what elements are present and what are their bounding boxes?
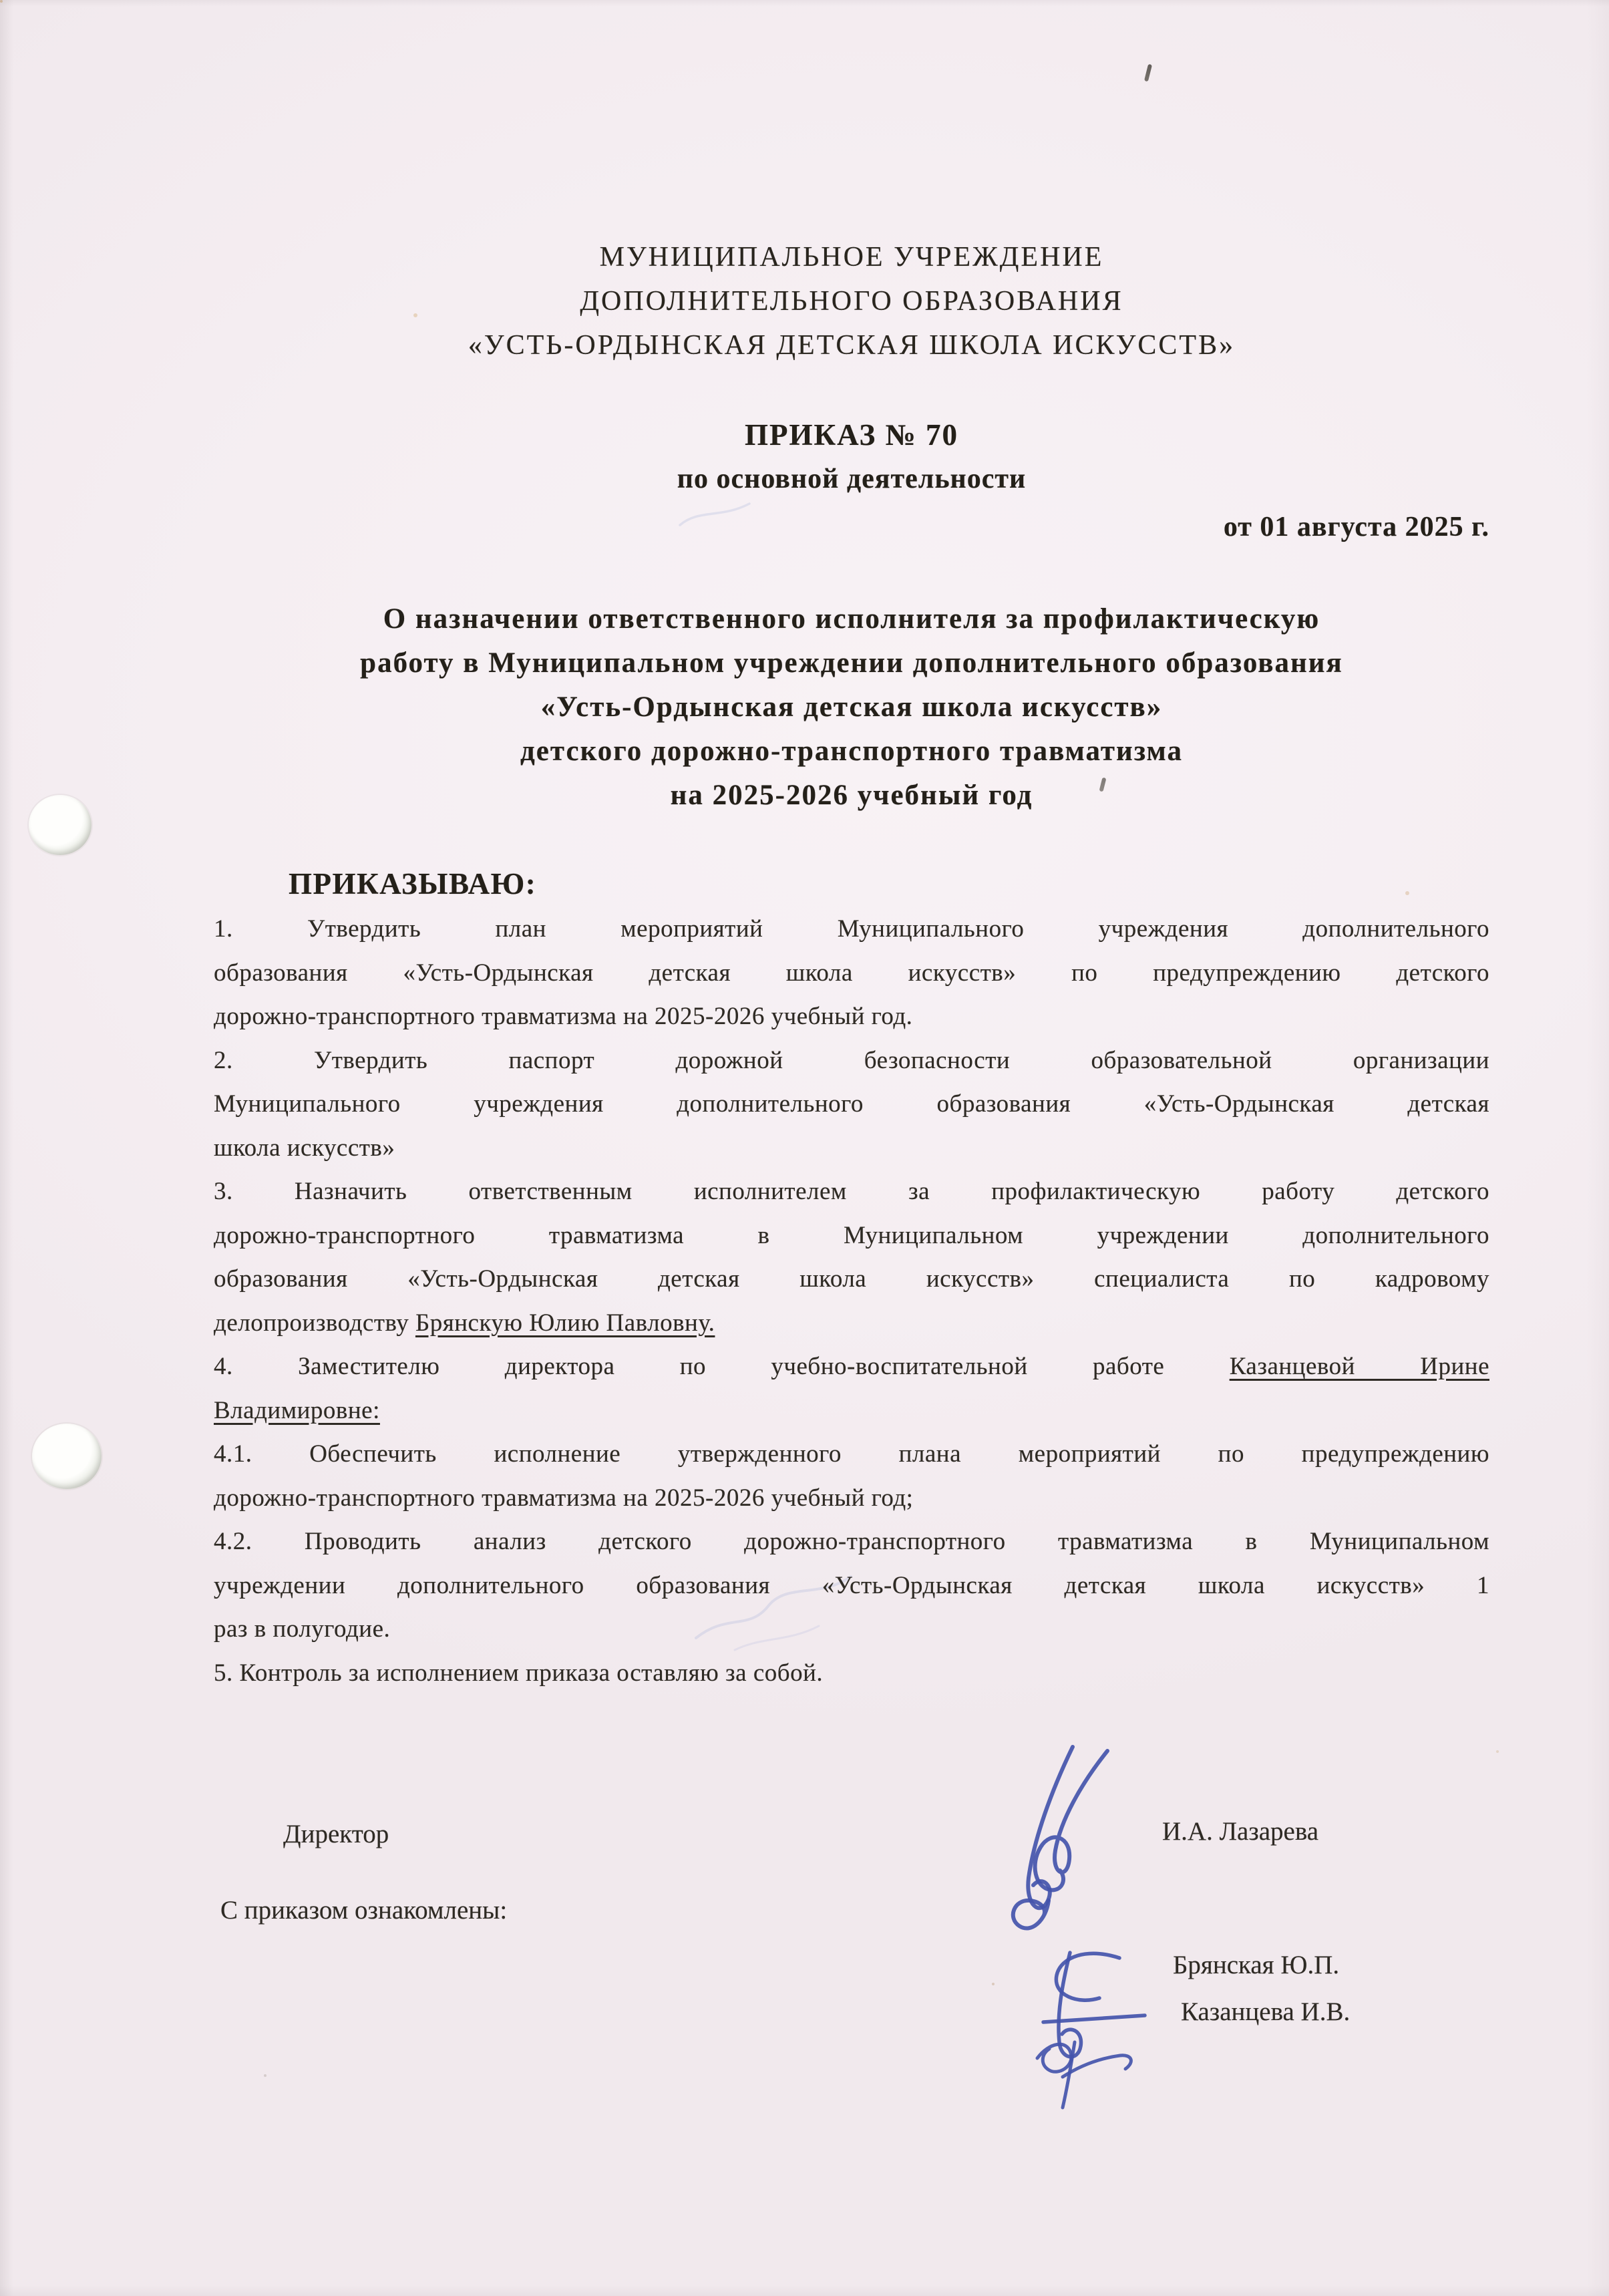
- order-number: ПРИКАЗ № 70: [214, 413, 1489, 457]
- director-name: И.А. Лазарева: [1162, 1816, 1318, 1846]
- underlined-text: Казанцевой Ирине: [1230, 1353, 1489, 1380]
- text-segment: 5. Контроль за исполнением приказа остав…: [214, 1659, 823, 1687]
- letterhead-line: «УСТЬ-ОРДЫНСКАЯ ДЕТСКАЯ ШКОЛА ИСКУССТВ»: [214, 323, 1489, 367]
- body-paragraph: 1. Утвердить план мероприятий Муниципаль…: [214, 907, 1489, 1039]
- text-segment: 4.2. Проводить анализ детского дорожно-т…: [214, 1528, 1489, 1555]
- body-line: 4.2. Проводить анализ детского дорожно-т…: [214, 1520, 1489, 1564]
- letterhead-line: ДОПОЛНИТЕЛЬНОГО ОБРАЗОВАНИЯ: [214, 279, 1489, 323]
- subject-line: детского дорожно-транспортного травматиз…: [214, 729, 1489, 774]
- ack-name-bryanskaya: Брянская Ю.П.: [1173, 1950, 1339, 1980]
- body-line: 4.1. Обеспечить исполнение утвержденного…: [214, 1432, 1489, 1476]
- body-line: Муниципального учреждения дополнительног…: [214, 1082, 1489, 1126]
- ack-name-kazantseva: Казанцева И.В.: [1181, 1997, 1350, 2027]
- body-line: школа искусств»: [214, 1126, 1489, 1170]
- text-segment: образования «Усть-Ордынская детская школ…: [214, 959, 1489, 987]
- underlined-text: Брянскую Юлию Павловну.: [415, 1309, 715, 1337]
- text-segment: 2. Утвердить паспорт дорожной безопаснос…: [214, 1047, 1489, 1074]
- text-segment: 4.1. Обеспечить исполнение утвержденного…: [214, 1440, 1489, 1468]
- body-line: раз в полугодие.: [214, 1607, 1489, 1651]
- order-type: по основной деятельности: [214, 457, 1489, 501]
- body-paragraph: 4.1. Обеспечить исполнение утвержденного…: [214, 1432, 1489, 1520]
- text-segment: 3. Назначить ответственным исполнителем …: [214, 1178, 1489, 1205]
- letterhead: МУНИЦИПАЛЬНОЕ УЧРЕЖДЕНИЕДОПОЛНИТЕЛЬНОГО …: [214, 235, 1489, 367]
- acknowledged-label: С приказом ознакомлены:: [220, 1895, 507, 1925]
- directive-heading: ПРИКАЗЫВАЮ:: [214, 860, 1489, 907]
- body-line: дорожно-транспортного травматизма в Муни…: [214, 1214, 1489, 1258]
- signature-lazareva: [968, 1742, 1135, 1942]
- subject-line: работу в Муниципальном учреждении дополн…: [214, 641, 1489, 685]
- subject-line: на 2025-2026 учебный год: [214, 774, 1489, 818]
- body-line: образования «Усть-Ордынская детская школ…: [214, 1257, 1489, 1301]
- order-date: от 01 августа 2025 г.: [214, 505, 1489, 549]
- order-body: 1. Утвердить план мероприятий Муниципаль…: [214, 907, 1489, 1695]
- body-paragraph: 5. Контроль за исполнением приказа остав…: [214, 1651, 1489, 1695]
- signature-kazantseva: [1019, 2029, 1145, 2116]
- director-label: Директор: [283, 1819, 389, 1849]
- body-line: учреждении дополнительного образования «…: [214, 1564, 1489, 1608]
- text-segment: школа искусств»: [214, 1134, 395, 1162]
- text-segment: 1. Утвердить план мероприятий Муниципаль…: [214, 915, 1489, 943]
- text-segment: дорожно-транспортного травматизма на 202…: [214, 1003, 912, 1030]
- body-line: 5. Контроль за исполнением приказа остав…: [214, 1651, 1489, 1695]
- body-line: делопроизводству Брянскую Юлию Павловну.: [214, 1301, 1489, 1345]
- body-line: дорожно-транспортного травматизма на 202…: [214, 1476, 1489, 1520]
- underlined-text: Владимировне:: [214, 1397, 380, 1424]
- text-segment: 4. Заместителю директора по учебно-воспи…: [214, 1353, 1230, 1380]
- text-segment: дорожно-транспортного травматизма на 202…: [214, 1484, 913, 1512]
- text-segment: Муниципального учреждения дополнительног…: [214, 1090, 1489, 1118]
- body-line: 1. Утвердить план мероприятий Муниципаль…: [214, 907, 1489, 951]
- body-paragraph: 2. Утвердить паспорт дорожной безопаснос…: [214, 1039, 1489, 1170]
- text-segment: дорожно-транспортного травматизма в Муни…: [214, 1222, 1489, 1249]
- body-line: образования «Усть-Ордынская детская школ…: [214, 951, 1489, 995]
- signature-area: Директор И.А. Лазарева С приказом ознако…: [214, 1695, 1489, 2296]
- body-paragraph: 4. Заместителю директора по учебно-воспи…: [214, 1345, 1489, 1432]
- body-line: 2. Утвердить паспорт дорожной безопаснос…: [214, 1039, 1489, 1083]
- order-subject: О назначении ответственного исполнителя …: [214, 597, 1489, 818]
- body-paragraph: 4.2. Проводить анализ детского дорожно-т…: [214, 1520, 1489, 1651]
- body-line: дорожно-транспортного травматизма на 202…: [214, 995, 1489, 1039]
- scanned-document-page: МУНИЦИПАЛЬНОЕ УЧРЕЖДЕНИЕДОПОЛНИТЕЛЬНОГО …: [0, 0, 1609, 2296]
- body-line: 4. Заместителю директора по учебно-воспи…: [214, 1345, 1489, 1389]
- text-segment: делопроизводству: [214, 1309, 415, 1337]
- text-segment: учреждении дополнительного образования «…: [214, 1572, 1489, 1599]
- text-segment: образования «Усть-Ордынская детская школ…: [214, 1265, 1489, 1293]
- document-content: МУНИЦИПАЛЬНОЕ УЧРЕЖДЕНИЕДОПОЛНИТЕЛЬНОГО …: [0, 0, 1609, 2296]
- body-paragraph: 3. Назначить ответственным исполнителем …: [214, 1170, 1489, 1345]
- letterhead-line: МУНИЦИПАЛЬНОЕ УЧРЕЖДЕНИЕ: [214, 235, 1489, 279]
- body-line: Владимировне:: [214, 1389, 1489, 1433]
- subject-line: О назначении ответственного исполнителя …: [214, 597, 1489, 641]
- text-segment: раз в полугодие.: [214, 1615, 390, 1643]
- subject-line: «Усть-Ордынская детская школа искусств»: [214, 685, 1489, 729]
- body-line: 3. Назначить ответственным исполнителем …: [214, 1170, 1489, 1214]
